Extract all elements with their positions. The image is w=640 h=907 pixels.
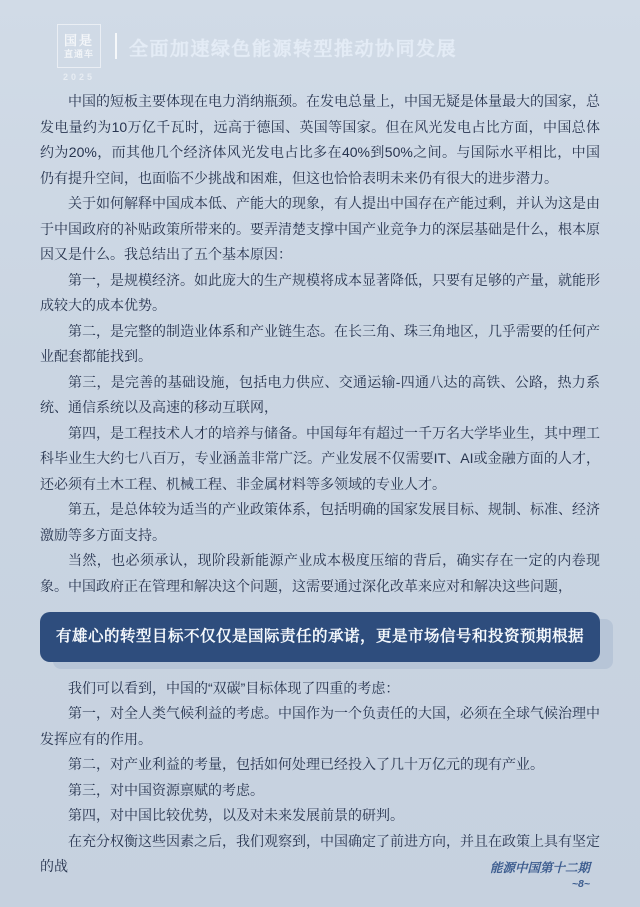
- article-body: 中国的短板主要体现在电力消纳瓶颈。在发电总量上，中国无疑是体量最大的国家，总发电…: [0, 82, 640, 880]
- paragraph: 第四，是工程技术人才的培养与储备。中国每年有超过一千万名大学毕业生，其中理工科毕…: [40, 421, 600, 498]
- paragraph: 第五，是总体较为适当的产业政策体系，包括明确的国家发展目标、规制、标准、经济激励…: [40, 497, 600, 548]
- section-highlight-banner: 有雄心的转型目标不仅仅是国际责任的承诺，更是市场信号和投资预期根据: [40, 612, 600, 662]
- page-footer: 能源中国第十二期 ~8~: [490, 860, 590, 891]
- paragraph: 第一，对全人类气候利益的考虑。中国作为一个负责任的大国，必须在全球气候治理中发挥…: [40, 701, 600, 752]
- footer-source-label: 能源中国第十二期: [490, 860, 590, 877]
- page-header: 国是 直通车 2025 全面加速绿色能源转型推动协同发展: [0, 0, 640, 82]
- page-title: 全面加速绿色能源转型推动协同发展: [129, 34, 457, 61]
- article-page: 国是 直通车 2025 全面加速绿色能源转型推动协同发展 中国的短板主要体现在电…: [0, 0, 640, 907]
- guoshi-logo-badge: 国是 直通车: [57, 24, 101, 68]
- logo-text-top: 国是: [64, 33, 94, 48]
- logo-block: 国是 直通车 2025: [57, 24, 101, 82]
- paragraph: 我们可以看到，中国的“双碳”目标体现了四重的考虑：: [40, 676, 600, 702]
- paragraph: 第一，是规模经济。如此庞大的生产规模将成本显著降低，只要有足够的产量，就能形成较…: [40, 268, 600, 319]
- paragraph: 第二，是完整的制造业体系和产业链生态。在长三角、珠三角地区，几乎需要的任何产业配…: [40, 319, 600, 370]
- paragraph: 当然，也必须承认，现阶段新能源产业成本极度压缩的背后，确实存在一定的内卷现象。中…: [40, 548, 600, 599]
- paragraph: 第二，对产业利益的考量，包括如何处理已经投入了几十万亿元的现有产业。: [40, 752, 600, 778]
- paragraph: 第三，对中国资源禀赋的考虑。: [40, 778, 600, 804]
- paragraph: 中国的短板主要体现在电力消纳瓶颈。在发电总量上，中国无疑是体量最大的国家，总发电…: [40, 89, 600, 191]
- highlight-banner-wrap: 有雄心的转型目标不仅仅是国际责任的承诺，更是市场信号和投资预期根据: [40, 612, 600, 662]
- logo-text-bottom: 直通车: [64, 48, 94, 60]
- page-number: ~8~: [490, 877, 590, 891]
- paragraph: 第三，是完善的基础设施，包括电力供应、交通运输-四通八达的高铁、公路，热力系统、…: [40, 370, 600, 421]
- logo-year-label: 2025: [63, 72, 95, 82]
- header-divider: [115, 33, 117, 59]
- paragraph: 关于如何解释中国成本低、产能大的现象，有人提出中国存在产能过剩，并认为这是由于中…: [40, 191, 600, 268]
- paragraph: 第四，对中国比较优势，以及对未来发展前景的研判。: [40, 803, 600, 829]
